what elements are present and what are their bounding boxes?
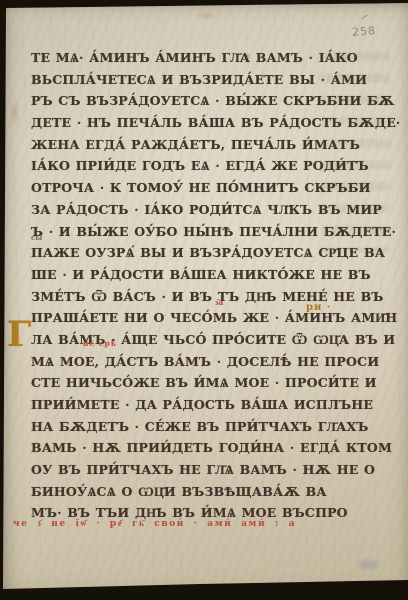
text-line: ПРАША́ЕТЕ НИ О ЧЕСО́МЬ ЖЕ · А́МИНЪ АМИ҃Н	[31, 307, 343, 329]
text-block: ТЕ МѦ· А́МИНЪ А́МИНЪ ГЛ҃А ВАМЪ · ІА́КО В…	[31, 47, 343, 524]
text-line: ОУ ВЪ ПРИ́ТЧАХЪ НЕ ГЛ҃Ѧ ВАМЪ · НѪ НЕ О	[31, 459, 343, 481]
red-ink-dot	[274, 586, 277, 589]
margin-note: ри ·	[306, 302, 331, 313]
text-line: НА БѪДЕТЪ · СЕ́ЖЕ ВЪ ПРИ́ТЧАХЪ ГЛ҃АХЪ	[31, 416, 343, 438]
text-line: Ъ · И ВЫ́ЖЕ ОУ́БО НЫ́НѢ ПЕЧА́ЛНИ БѪДЕТЕ·	[31, 221, 343, 243]
text-line: МѦ МОЕ, ДА́СТЪ ВА́МЪ · ДОСЕЛѢ́ НЕ ПРОСИ	[31, 351, 343, 373]
scribal-correction: сы	[31, 233, 42, 242]
text-line: ВЬСПЛА́ЧЕТЕСѦ И ВЪЗРИДА́ЕТЕ ВЫ · А́МИ	[31, 69, 343, 91]
text-line: СТЕ НИЧЬСО́ЖЕ ВЪ И́МѦ МОЕ · ПРОСИ́ТЕ И	[31, 372, 343, 394]
text-line: ЖЕНА ЕГДА́ РАЖДА́ЕТЪ, ПЕЧА́ЛЬ И́МАТЪ	[31, 134, 343, 156]
parchment-stain	[196, 10, 218, 21]
parchment-stain	[10, 100, 20, 126]
text-line: ІА́КО ПРІИ́ДЕ ГОДЪ ЕѦ · ЕГДА́ ЖЕ РОДИ́ТЪ	[31, 155, 343, 177]
text-line: БИНОУ́ѦСѦ О ѠЦ҃И ВЪЗВѢЩАВА́Ѫ ВА	[31, 481, 343, 503]
text-line: ПАЖЕ ОУЗРѦ́ ВЫ И ВЪЗРА́ДОУЕТСѦ СР҃ЦЕ ВА	[31, 242, 343, 264]
text-line: ЗА РА́ДОСТЬ · ІА́КО РОДИ́ТСѦ ЧЛ҃КЪ ВЪ МИ…	[31, 199, 343, 221]
text-line: ВАМЬ · НѪ ПРИИ́ДЕТЬ ГОДИ́НА · ЕГДА́ КТОМ	[31, 437, 343, 459]
zachalo-mark: з҃а	[215, 297, 223, 307]
faded-stamp-mark	[358, 560, 378, 569]
text-line: ШЕ · И РА́ДОСТИ ВА́ШЕА НИКТО́ЖЕ НЕ ВЪ	[31, 264, 343, 286]
text-line: РЪ СЪ ВЪЗРА́ДОУЕТСѦ · ВЫ́ЖЕ СКРЪБНИ БѪ	[31, 90, 343, 112]
text-line: ДЕТЕ · НЪ ПЕЧА́ЛЬ ВА́ША ВЪ РА́ДОСТЬ БѪДЕ…	[31, 112, 343, 134]
text-line: ОТРОЧА · К ТОМОУ́ НЕ ПО́МНИТЪ СКРЪБИ	[31, 177, 343, 199]
text-line: ТЕ МѦ· А́МИНЪ А́МИНЪ ГЛ҃А ВАМЪ · ІА́КО	[31, 47, 343, 69]
rubric-line: че з҃ не їѡ҃ · ре҃ гь҃ свои́ · ами́ ами́…	[13, 518, 296, 529]
text-line: ЗМЕ́ТЪ Ѿ ВА́СЪ · И ВЪ ТЪ ДН҃Ь МЕНЕ́ НЕ В…	[31, 286, 343, 308]
pencil-mark	[361, 14, 371, 24]
interlinear-rubric-note: не́ срѣ́	[83, 339, 117, 348]
text-line: ПРИИ́МЕТЕ · ДА РА́ДОСТЬ ВА́ША ИСПЛЪНЕ	[31, 394, 343, 416]
folio-number: 258	[352, 24, 377, 39]
ornamental-initial: Г	[7, 317, 31, 352]
manuscript-photo: 258 ТЕ МѦ· А́МИНЪ А́МИНЪ ГЛ҃А ВАМЪ · ІА́…	[0, 0, 408, 600]
text-line: ЛА ВА́МЪ · А́ЩЕ ЧЬСО́ ПРО́СИТЕ Ѿ ѠЦ҃А ВЪ…	[31, 329, 343, 351]
manuscript-page: 258 ТЕ МѦ· А́МИНЪ А́МИНЪ ГЛ҃А ВАМЪ · ІА́…	[0, 0, 408, 600]
